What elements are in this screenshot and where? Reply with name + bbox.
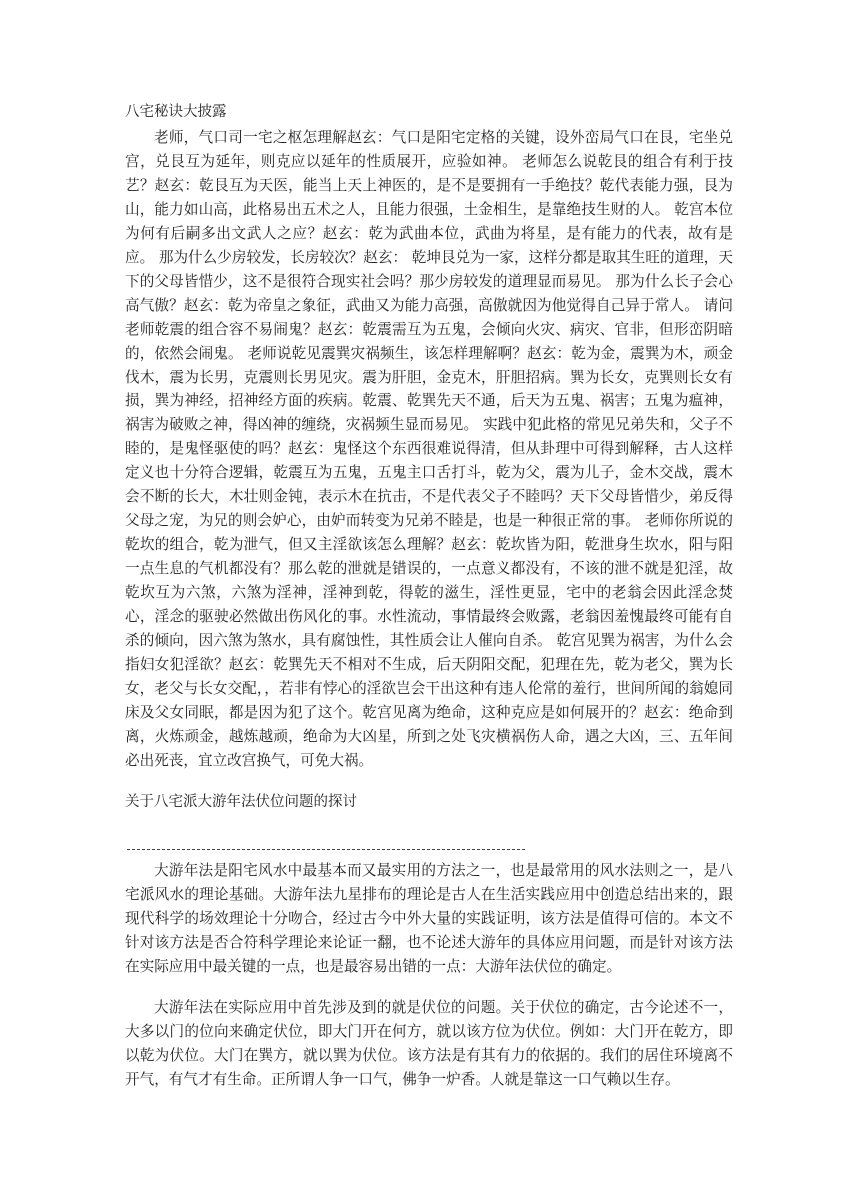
dashed-separator xyxy=(127,849,525,850)
paragraph-fuwei: 大游年法在实际应用中首先涉及到的就是伏位的问题。关于伏位的确定，古今论述不一，大… xyxy=(125,996,733,1092)
section-body-qa: 老师，气口司一宅之枢怎理解赵玄：气口是阳宅定格的关键，设外峦局气口在艮，宅坐兑宫… xyxy=(125,126,733,773)
paragraph-intro: 大游年法是阳宅风水中最基本而又最实用的方法之一，也是最常用的风水法则之一，是八宅… xyxy=(125,859,733,979)
section-title-dayounian-fuwei: 关于八宅派大游年法伏位问题的探讨 xyxy=(125,790,357,811)
section-title-bazhai-secrets: 八宅秘诀大披露 xyxy=(125,100,227,121)
